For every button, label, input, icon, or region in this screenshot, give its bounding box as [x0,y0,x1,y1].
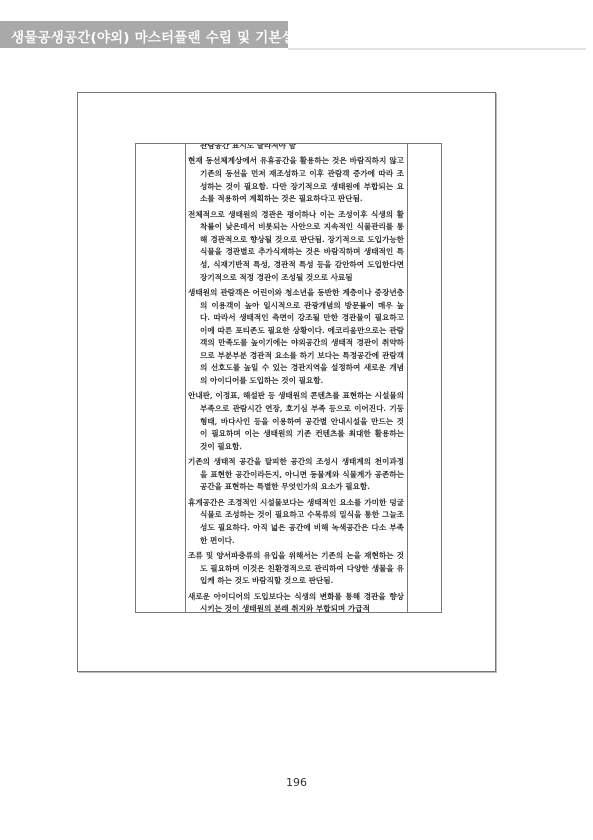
header-divider [288,48,586,50]
continued-line: 관람공간 표시도 달라져야 함 [188,143,404,153]
table-column-right [407,144,441,612]
paragraph: 기존의 생태적 공간을 탈피한 공간의 조성시 생태계의 천이과정을 표현한 공… [188,456,404,494]
header-bar: 생물공생공간(야외) 마스터플랜 수립 및 기본설계 [0,21,288,48]
chapter-title: 생물공생공간(야외) 마스터플랜 수립 및 기본설계 [11,26,308,46]
paragraph: 안내판, 이정표, 해설판 등 생태원의 콘텐츠를 표현하는 시설물의 부족으로… [188,390,404,453]
paragraph: 조류 및 양서파충류의 유입을 위해서는 기존의 논을 재현하는 것도 필요하며… [188,550,404,588]
paragraph: 생태원의 관람객은 어린이와 청소년을 동반한 계층이나 중장년층의 이용객이 … [188,287,404,388]
paragraph: 전체적으로 생태원의 경관은 평이하나 이는 조성이후 식생의 활착률이 낮은데… [188,209,404,285]
paragraph: 현재 동선체계상에서 유휴공간을 활용하는 것은 바람직하지 않고 기존의 동선… [188,155,404,205]
page-number: 196 [0,776,593,789]
paragraph: 새로운 아이디어의 도입보다는 식생의 변화를 통해 경관을 향상시키는 것이 … [188,591,404,613]
review-table: 관람공간 표시도 달라져야 함 현재 동선체계상에서 유휴공간을 활용하는 것은… [135,143,442,613]
paragraph: 휴게공간은 조경적인 시설물보다는 생태적인 요소를 가미한 덩굴식물로 조성하… [188,497,404,547]
table-content-cell: 관람공간 표시도 달라져야 함 현재 동선체계상에서 유휴공간을 활용하는 것은… [188,143,404,613]
table-column-left [136,144,186,612]
